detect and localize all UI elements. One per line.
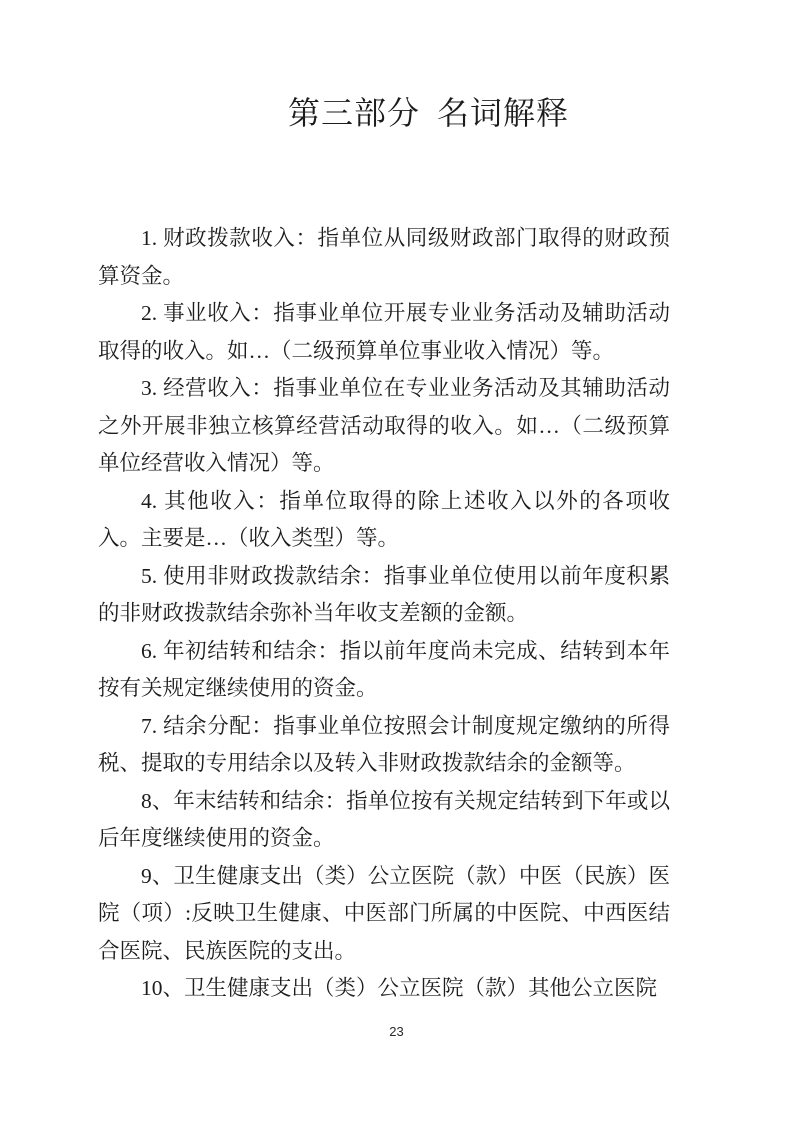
definition-paragraph-5: 5. 使用非财政拨款结余：指事业单位使用以前年度积累的非财政拨款结余弥补当年收支… [98, 558, 670, 633]
document-body: 1. 财政拨款收入：指单位从同级财政部门取得的财政预算资金。 2. 事业收入：指… [98, 220, 670, 1008]
definition-paragraph-10: 10、卫生健康支出（类）公立医院（款）其他公立医院 [98, 970, 670, 1008]
page-title: 第三部分 名词解释 [0, 0, 793, 136]
page-number: 23 [0, 1024, 793, 1039]
definition-paragraph-9: 9、卫生健康支出（类）公立医院（款）中医（民族）医院（项）:反映卫生健康、中医部… [98, 858, 670, 971]
definition-paragraph-4: 4. 其他收入：指单位取得的除上述收入以外的各项收入。主要是…（收入类型）等。 [98, 483, 670, 558]
definition-paragraph-3: 3. 经营收入：指事业单位在专业业务活动及其辅助活动之外开展非独立核算经营活动取… [98, 370, 670, 483]
definition-paragraph-1: 1. 财政拨款收入：指单位从同级财政部门取得的财政预算资金。 [98, 220, 670, 295]
definition-paragraph-2: 2. 事业收入：指事业单位开展专业业务活动及辅助活动取得的收入。如…（二级预算单… [98, 295, 670, 370]
document-page: 第三部分 名词解释 1. 财政拨款收入：指单位从同级财政部门取得的财政预算资金。… [0, 0, 793, 1122]
definition-paragraph-7: 7. 结余分配：指事业单位按照会计制度规定缴纳的所得税、提取的专用结余以及转入非… [98, 708, 670, 783]
definition-paragraph-8: 8、年末结转和结余：指单位按有关规定结转到下年或以后年度继续使用的资金。 [98, 783, 670, 858]
definition-paragraph-6: 6. 年初结转和结余：指以前年度尚未完成、结转到本年按有关规定继续使用的资金。 [98, 633, 670, 708]
